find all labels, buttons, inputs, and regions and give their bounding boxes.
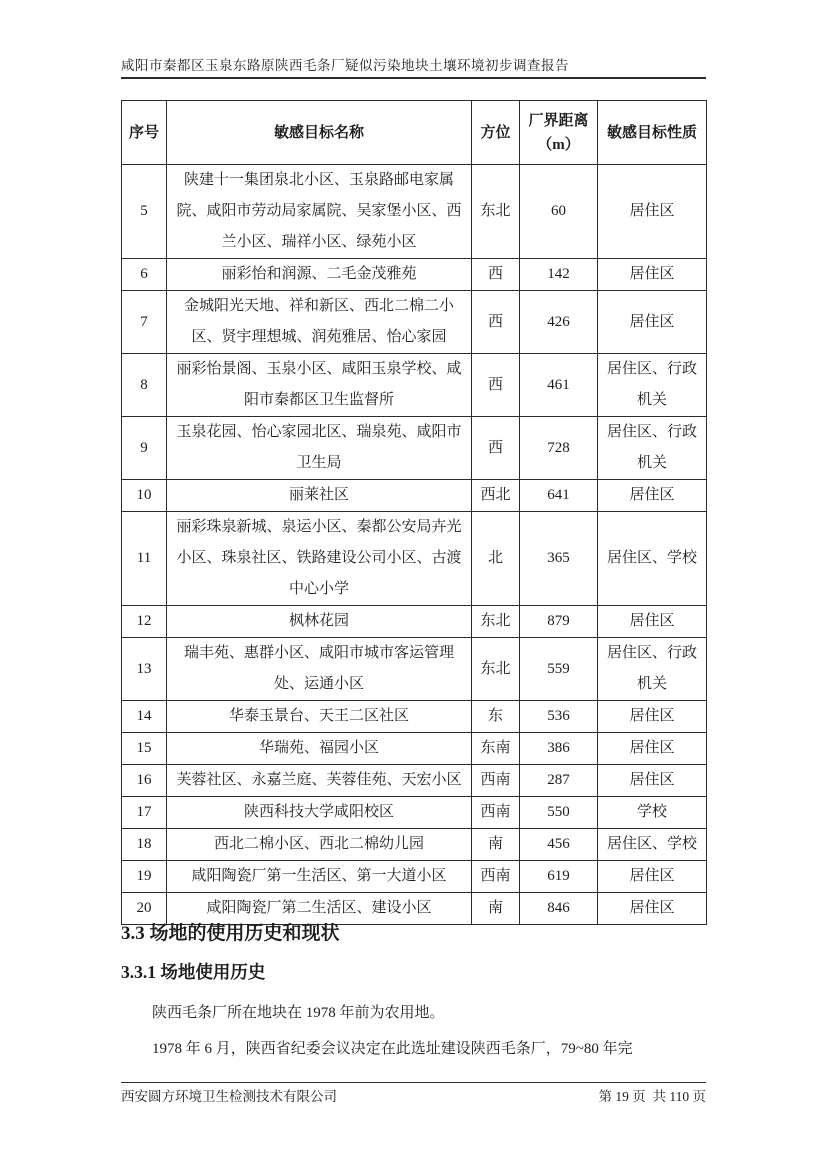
cell-distance: 641	[520, 480, 598, 512]
table-row: 7 金城阳光天地、祥和新区、西北二棉二小区、贤宇理想城、润苑雅居、怡心家园 西 …	[122, 291, 707, 354]
cell-type: 居住区	[598, 606, 707, 638]
cell-serial: 19	[122, 861, 167, 893]
table-header-row: 序号 敏感目标名称 方位 厂界距离 （m） 敏感目标性质	[122, 101, 707, 165]
cell-distance: 536	[520, 701, 598, 733]
cell-direction: 西北	[472, 480, 520, 512]
cell-type: 居住区	[598, 480, 707, 512]
cell-serial: 6	[122, 259, 167, 291]
cell-target-name: 华瑞苑、福园小区	[167, 733, 472, 765]
cell-direction: 北	[472, 512, 520, 606]
cell-type: 居住区	[598, 893, 707, 925]
cell-serial: 18	[122, 829, 167, 861]
page-footer: 西安圆方环境卫生检测技术有限公司 第 19 页 共 110 页	[121, 1082, 706, 1105]
cell-direction: 西	[472, 354, 520, 417]
cell-target-name: 金城阳光天地、祥和新区、西北二棉二小区、贤宇理想城、润苑雅居、怡心家园	[167, 291, 472, 354]
cell-serial: 11	[122, 512, 167, 606]
cell-target-name: 丽彩珠泉新城、泉运小区、秦都公安局卉光小区、珠泉社区、铁路建设公司小区、古渡中心…	[167, 512, 472, 606]
cell-direction: 东北	[472, 638, 520, 701]
table-row: 19 咸阳陶瓷厂第一生活区、第一大道小区 西南 619 居住区	[122, 861, 707, 893]
cell-direction: 西南	[472, 765, 520, 797]
table-row: 18 西北二棉小区、西北二棉幼儿园 南 456 居住区、学校	[122, 829, 707, 861]
paragraph-land-use-before: 陕西毛条厂所在地块在 1978 年前为农用地。	[121, 1003, 706, 1024]
cell-distance: 879	[520, 606, 598, 638]
cell-direction: 东	[472, 701, 520, 733]
cell-distance: 728	[520, 417, 598, 480]
cell-target-name: 丽彩怡景阁、玉泉小区、咸阳玉泉学校、咸阳市秦都区卫生监督所	[167, 354, 472, 417]
column-header-distance: 厂界距离 （m）	[520, 101, 598, 165]
cell-target-name: 西北二棉小区、西北二棉幼儿园	[167, 829, 472, 861]
table-row: 9 玉泉花园、怡心家园北区、瑞泉苑、咸阳市卫生局 西 728 居住区、行政机关	[122, 417, 707, 480]
cell-direction: 西	[472, 259, 520, 291]
table-row: 5 陕建十一集团泉北小区、玉泉路邮电家属院、咸阳市劳动局家属院、吴家堡小区、西兰…	[122, 165, 707, 259]
column-header-type: 敏感目标性质	[598, 101, 707, 165]
cell-target-name: 咸阳陶瓷厂第一生活区、第一大道小区	[167, 861, 472, 893]
table-header: 序号 敏感目标名称 方位 厂界距离 （m） 敏感目标性质	[122, 101, 707, 165]
column-header-distance-unit: （m）	[520, 133, 597, 157]
cell-serial: 16	[122, 765, 167, 797]
cell-distance: 619	[520, 861, 598, 893]
cell-type: 居住区	[598, 291, 707, 354]
footer-page-number: 第 19 页 共 110 页	[599, 1089, 707, 1105]
cell-target-name: 陕建十一集团泉北小区、玉泉路邮电家属院、咸阳市劳动局家属院、吴家堡小区、西兰小区…	[167, 165, 472, 259]
cell-distance: 287	[520, 765, 598, 797]
table-row: 11 丽彩珠泉新城、泉运小区、秦都公安局卉光小区、珠泉社区、铁路建设公司小区、古…	[122, 512, 707, 606]
cell-serial: 20	[122, 893, 167, 925]
cell-distance: 456	[520, 829, 598, 861]
cell-direction: 东南	[472, 733, 520, 765]
table-row: 15 华瑞苑、福园小区 东南 386 居住区	[122, 733, 707, 765]
column-header-direction: 方位	[472, 101, 520, 165]
cell-target-name: 丽莱社区	[167, 480, 472, 512]
cell-direction: 南	[472, 829, 520, 861]
cell-distance: 550	[520, 797, 598, 829]
cell-target-name: 枫林花园	[167, 606, 472, 638]
cell-direction: 西	[472, 417, 520, 480]
table-row: 6 丽彩怡和润源、二毛金茂雅苑 西 142 居住区	[122, 259, 707, 291]
cell-serial: 15	[122, 733, 167, 765]
cell-direction: 西南	[472, 797, 520, 829]
page-header-title: 咸阳市秦都区玉泉东路原陕西毛条厂疑似污染地块土壤环境初步调查报告	[121, 57, 706, 79]
column-header-serial: 序号	[122, 101, 167, 165]
cell-distance: 142	[520, 259, 598, 291]
paragraph-factory-founding: 1978 年 6 月，陕西省纪委会议决定在此选址建设陕西毛条厂，79~80 年完	[121, 1039, 706, 1060]
cell-type: 居住区	[598, 165, 707, 259]
cell-type: 居住区、行政机关	[598, 417, 707, 480]
cell-direction: 南	[472, 893, 520, 925]
cell-type: 居住区	[598, 861, 707, 893]
cell-target-name: 咸阳陶瓷厂第二生活区、建设小区	[167, 893, 472, 925]
cell-type: 居住区	[598, 765, 707, 797]
cell-distance: 559	[520, 638, 598, 701]
cell-serial: 9	[122, 417, 167, 480]
footer-company-name: 西安圆方环境卫生检测技术有限公司	[121, 1089, 337, 1105]
cell-target-name: 华泰玉景台、天王二区社区	[167, 701, 472, 733]
cell-type: 学校	[598, 797, 707, 829]
table-row: 16 芙蓉社区、永嘉兰庭、芙蓉佳苑、天宏小区 西南 287 居住区	[122, 765, 707, 797]
column-header-target-name: 敏感目标名称	[167, 101, 472, 165]
table-row: 8 丽彩怡景阁、玉泉小区、咸阳玉泉学校、咸阳市秦都区卫生监督所 西 461 居住…	[122, 354, 707, 417]
cell-serial: 14	[122, 701, 167, 733]
cell-serial: 8	[122, 354, 167, 417]
table-row: 14 华泰玉景台、天王二区社区 东 536 居住区	[122, 701, 707, 733]
cell-direction: 东北	[472, 165, 520, 259]
section-heading-3-3: 3.3 场地的使用历史和现状	[121, 922, 706, 946]
cell-distance: 426	[520, 291, 598, 354]
table-row: 10 丽莱社区 西北 641 居住区	[122, 480, 707, 512]
cell-type: 居住区	[598, 701, 707, 733]
cell-type: 居住区、学校	[598, 829, 707, 861]
cell-serial: 10	[122, 480, 167, 512]
table-row: 17 陕西科技大学咸阳校区 西南 550 学校	[122, 797, 707, 829]
table-body: 5 陕建十一集团泉北小区、玉泉路邮电家属院、咸阳市劳动局家属院、吴家堡小区、西兰…	[122, 165, 707, 925]
cell-target-name: 陕西科技大学咸阳校区	[167, 797, 472, 829]
cell-serial: 13	[122, 638, 167, 701]
cell-target-name: 瑞丰苑、惠群小区、咸阳市城市客运管理处、运通小区	[167, 638, 472, 701]
cell-target-name: 玉泉花园、怡心家园北区、瑞泉苑、咸阳市卫生局	[167, 417, 472, 480]
cell-distance: 846	[520, 893, 598, 925]
table-row: 12 枫林花园 东北 879 居住区	[122, 606, 707, 638]
column-header-distance-label: 厂界距离	[520, 109, 597, 133]
cell-serial: 17	[122, 797, 167, 829]
cell-target-name: 丽彩怡和润源、二毛金茂雅苑	[167, 259, 472, 291]
cell-direction: 东北	[472, 606, 520, 638]
cell-distance: 60	[520, 165, 598, 259]
cell-distance: 461	[520, 354, 598, 417]
cell-type: 居住区、行政机关	[598, 638, 707, 701]
document-page: 咸阳市秦都区玉泉东路原陕西毛条厂疑似污染地块土壤环境初步调查报告 序号 敏感目标…	[0, 0, 827, 1169]
cell-direction: 西	[472, 291, 520, 354]
table-row: 20 咸阳陶瓷厂第二生活区、建设小区 南 846 居住区	[122, 893, 707, 925]
cell-type: 居住区、行政机关	[598, 354, 707, 417]
cell-direction: 西南	[472, 861, 520, 893]
sensitive-targets-table: 序号 敏感目标名称 方位 厂界距离 （m） 敏感目标性质 5 陕建十一集团泉北小…	[121, 100, 707, 925]
cell-serial: 12	[122, 606, 167, 638]
cell-serial: 5	[122, 165, 167, 259]
cell-type: 居住区	[598, 259, 707, 291]
cell-target-name: 芙蓉社区、永嘉兰庭、芙蓉佳苑、天宏小区	[167, 765, 472, 797]
cell-serial: 7	[122, 291, 167, 354]
section-heading-3-3-1: 3.3.1 场地使用历史	[121, 961, 706, 984]
cell-distance: 365	[520, 512, 598, 606]
table-row: 13 瑞丰苑、惠群小区、咸阳市城市客运管理处、运通小区 东北 559 居住区、行…	[122, 638, 707, 701]
cell-distance: 386	[520, 733, 598, 765]
cell-type: 居住区	[598, 733, 707, 765]
cell-type: 居住区、学校	[598, 512, 707, 606]
